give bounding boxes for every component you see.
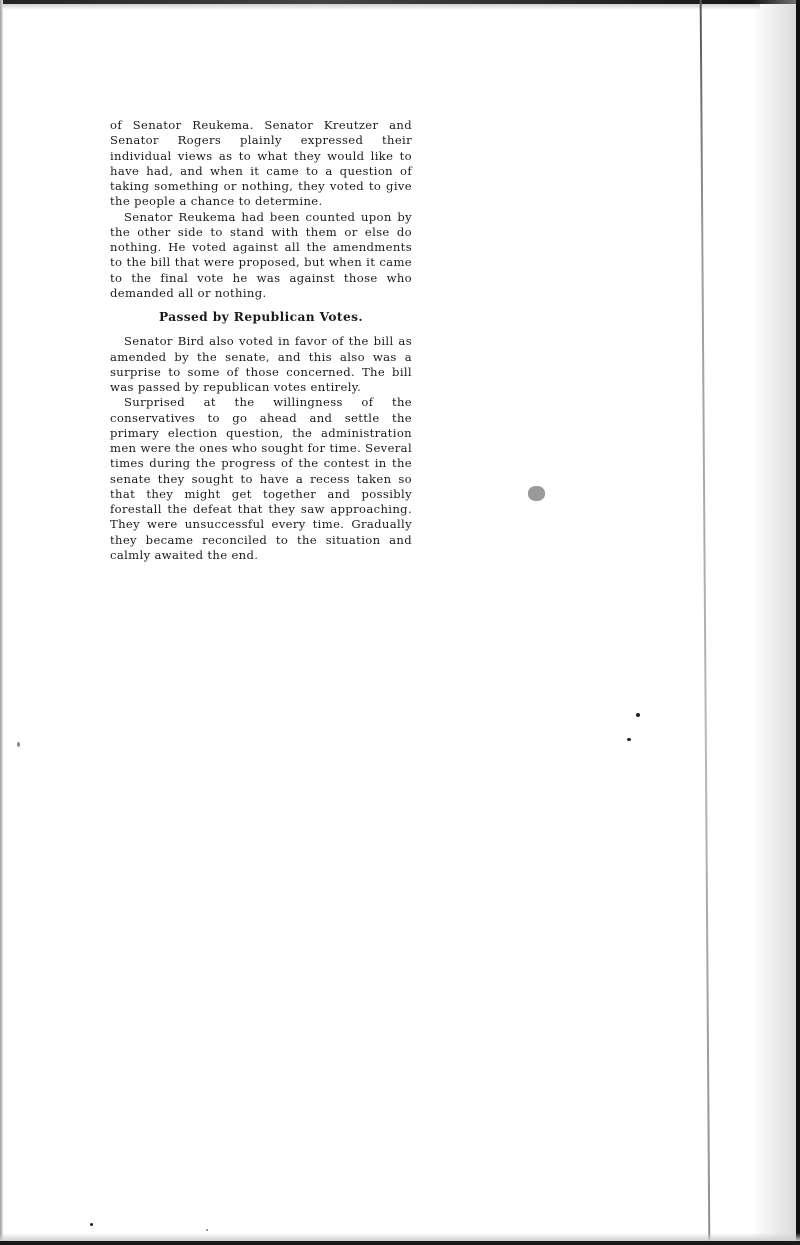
scan-top-shadow	[0, 4, 760, 10]
scan-left-border	[0, 0, 3, 1245]
article-subheading: Passed by Republican Votes.	[110, 310, 412, 325]
article-body: of Senator Reukema. Senator Kreutzer and…	[110, 118, 412, 563]
scan-right-shadow	[751, 0, 796, 1245]
dust-speck	[206, 1229, 208, 1231]
paragraph: of Senator Reukema. Senator Kreutzer and…	[110, 118, 412, 210]
scan-right-border	[796, 0, 800, 1245]
ink-blot	[528, 486, 545, 501]
page-fold-line	[700, 0, 711, 1245]
dust-speck	[636, 713, 640, 717]
scan-bottom-border	[0, 1241, 800, 1245]
scan-bottom-shadow	[0, 1233, 800, 1241]
dust-speck	[627, 738, 631, 741]
dust-speck	[90, 1223, 93, 1226]
paragraph: Senator Reukema had been counted upon by…	[110, 210, 412, 302]
paragraph: Surprised at the willingness of the cons…	[110, 395, 412, 563]
dust-speck	[17, 742, 20, 747]
paragraph: Senator Bird also voted in favor of the …	[110, 334, 412, 395]
